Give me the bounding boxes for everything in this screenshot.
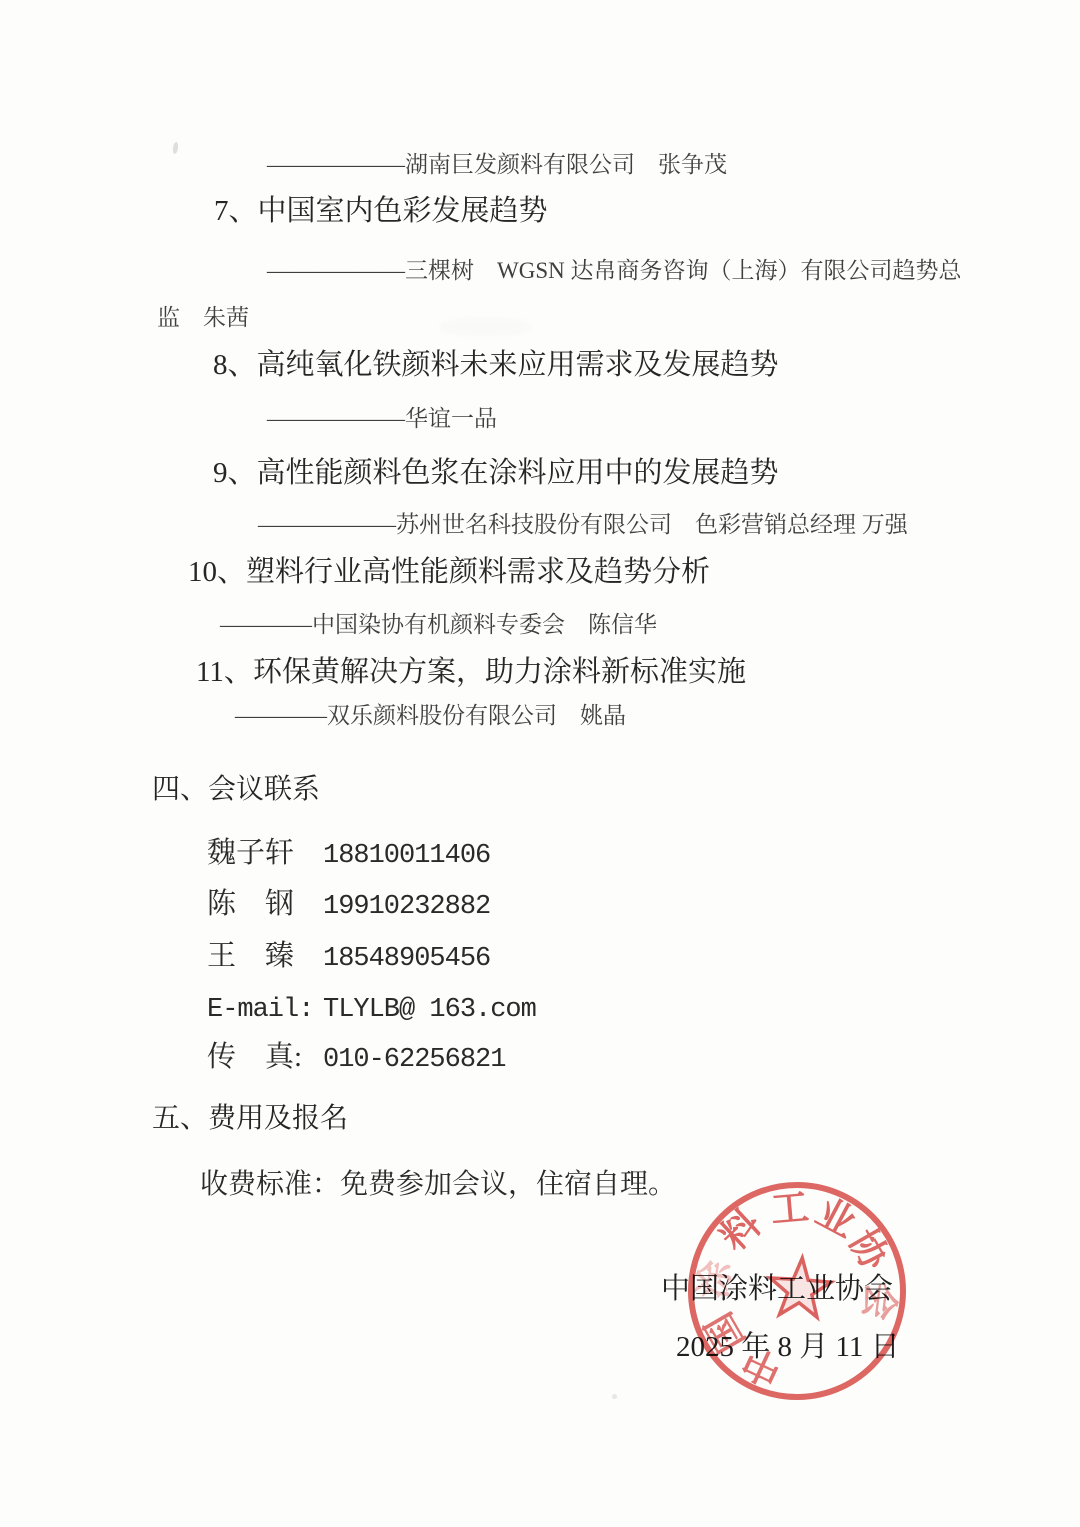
agenda-item-9-title: 9、高性能颜料色浆在涂料应用中的发展趋势 [213, 458, 779, 490]
agenda-item-11-title: 11、环保黄解决方案，助力涂料新标准实施 [196, 657, 746, 689]
email-value: TLYLB@ 163.com [323, 995, 536, 1025]
agenda-item-11-number: 11、 [196, 656, 253, 688]
agenda-item-8-title: 8、高纯氧化铁颜料未来应用需求及发展趋势 [213, 350, 779, 382]
section-heading-contacts: 四、会议联系 [152, 775, 320, 806]
contact-name: 魏子轩 [207, 838, 323, 870]
agenda-item-6-presenter: ——————湖南巨发颜料有限公司 张争茂 [267, 152, 727, 177]
contact-row: 陈 钢19910232882 [207, 889, 490, 923]
scan-speck [172, 142, 179, 155]
agenda-item-10-presenter: ————中国染协有机颜料专委会 陈信华 [220, 612, 657, 637]
contact-phone: 18548905456 [323, 944, 490, 974]
agenda-item-9-title-text: 高性能颜料色浆在涂料应用中的发展趋势 [257, 457, 779, 489]
fax-value: 010-62256821 [323, 1045, 505, 1075]
contact-email-row: E-mail:TLYLB@ 163.com [207, 992, 536, 1026]
agenda-item-10-title-text: 塑料行业高性能颜料需求及趋势分析 [246, 556, 710, 588]
seal-char: 工 [769, 1187, 811, 1232]
agenda-item-10-title: 10、塑料行业高性能颜料需求及趋势分析 [188, 557, 710, 589]
agenda-item-8-presenter: ——————华谊一品 [267, 406, 497, 431]
agenda-item-9-number: 9、 [213, 457, 257, 489]
document-page: 中 国 涂 料 工 业 协 会 ——————湖南巨发颜料有限公司 张争茂 7、中… [0, 0, 1080, 1527]
agenda-item-11-presenter: ————双乐颜料股份有限公司 姚晶 [235, 703, 626, 728]
signature-date: 2025 年 8 月 11 日 [676, 1332, 900, 1364]
scan-speck [612, 1394, 617, 1399]
agenda-item-7-number: 7、 [214, 195, 258, 227]
contact-row: 魏子轩18810011406 [207, 838, 490, 872]
agenda-item-8-number: 8、 [213, 349, 257, 381]
agenda-item-7-title-text: 中国室内色彩发展趋势 [258, 195, 548, 227]
contact-row: 王 臻18548905456 [207, 941, 490, 975]
agenda-item-11-title-text: 环保黄解决方案，助力涂料新标准实施 [253, 656, 746, 688]
fax-label: 传 真: [207, 1042, 323, 1074]
agenda-item-8-title-text: 高纯氧化铁颜料未来应用需求及发展趋势 [257, 349, 779, 381]
agenda-item-7-presenter: ——————三棵树 WGSN 达帛商务咨询（上海）有限公司趋势总 [267, 258, 961, 283]
contact-phone: 19910232882 [323, 892, 490, 922]
contact-name: 陈 钢 [207, 889, 323, 921]
signature-organization: 中国涂料工业协会 [661, 1274, 893, 1306]
contact-fax-row: 传 真:010-62256821 [207, 1042, 505, 1076]
section-heading-fees: 五、费用及报名 [152, 1104, 348, 1135]
fee-standard-text: 收费标准：免费参加会议，住宿自理。 [200, 1170, 676, 1201]
scan-smudge [440, 318, 530, 336]
contact-name: 王 臻 [207, 941, 323, 973]
agenda-item-9-presenter: ——————苏州世名科技股份有限公司 色彩营销总经理 万强 [258, 512, 908, 537]
email-label: E-mail: [207, 996, 323, 1026]
contact-phone: 18810011406 [323, 841, 490, 871]
agenda-item-10-number: 10、 [188, 556, 246, 588]
agenda-item-7-title: 7、中国室内色彩发展趋势 [214, 196, 548, 228]
agenda-item-7-presenter-continuation: 监 朱茜 [157, 305, 249, 330]
seal-char: 料 [713, 1203, 769, 1260]
